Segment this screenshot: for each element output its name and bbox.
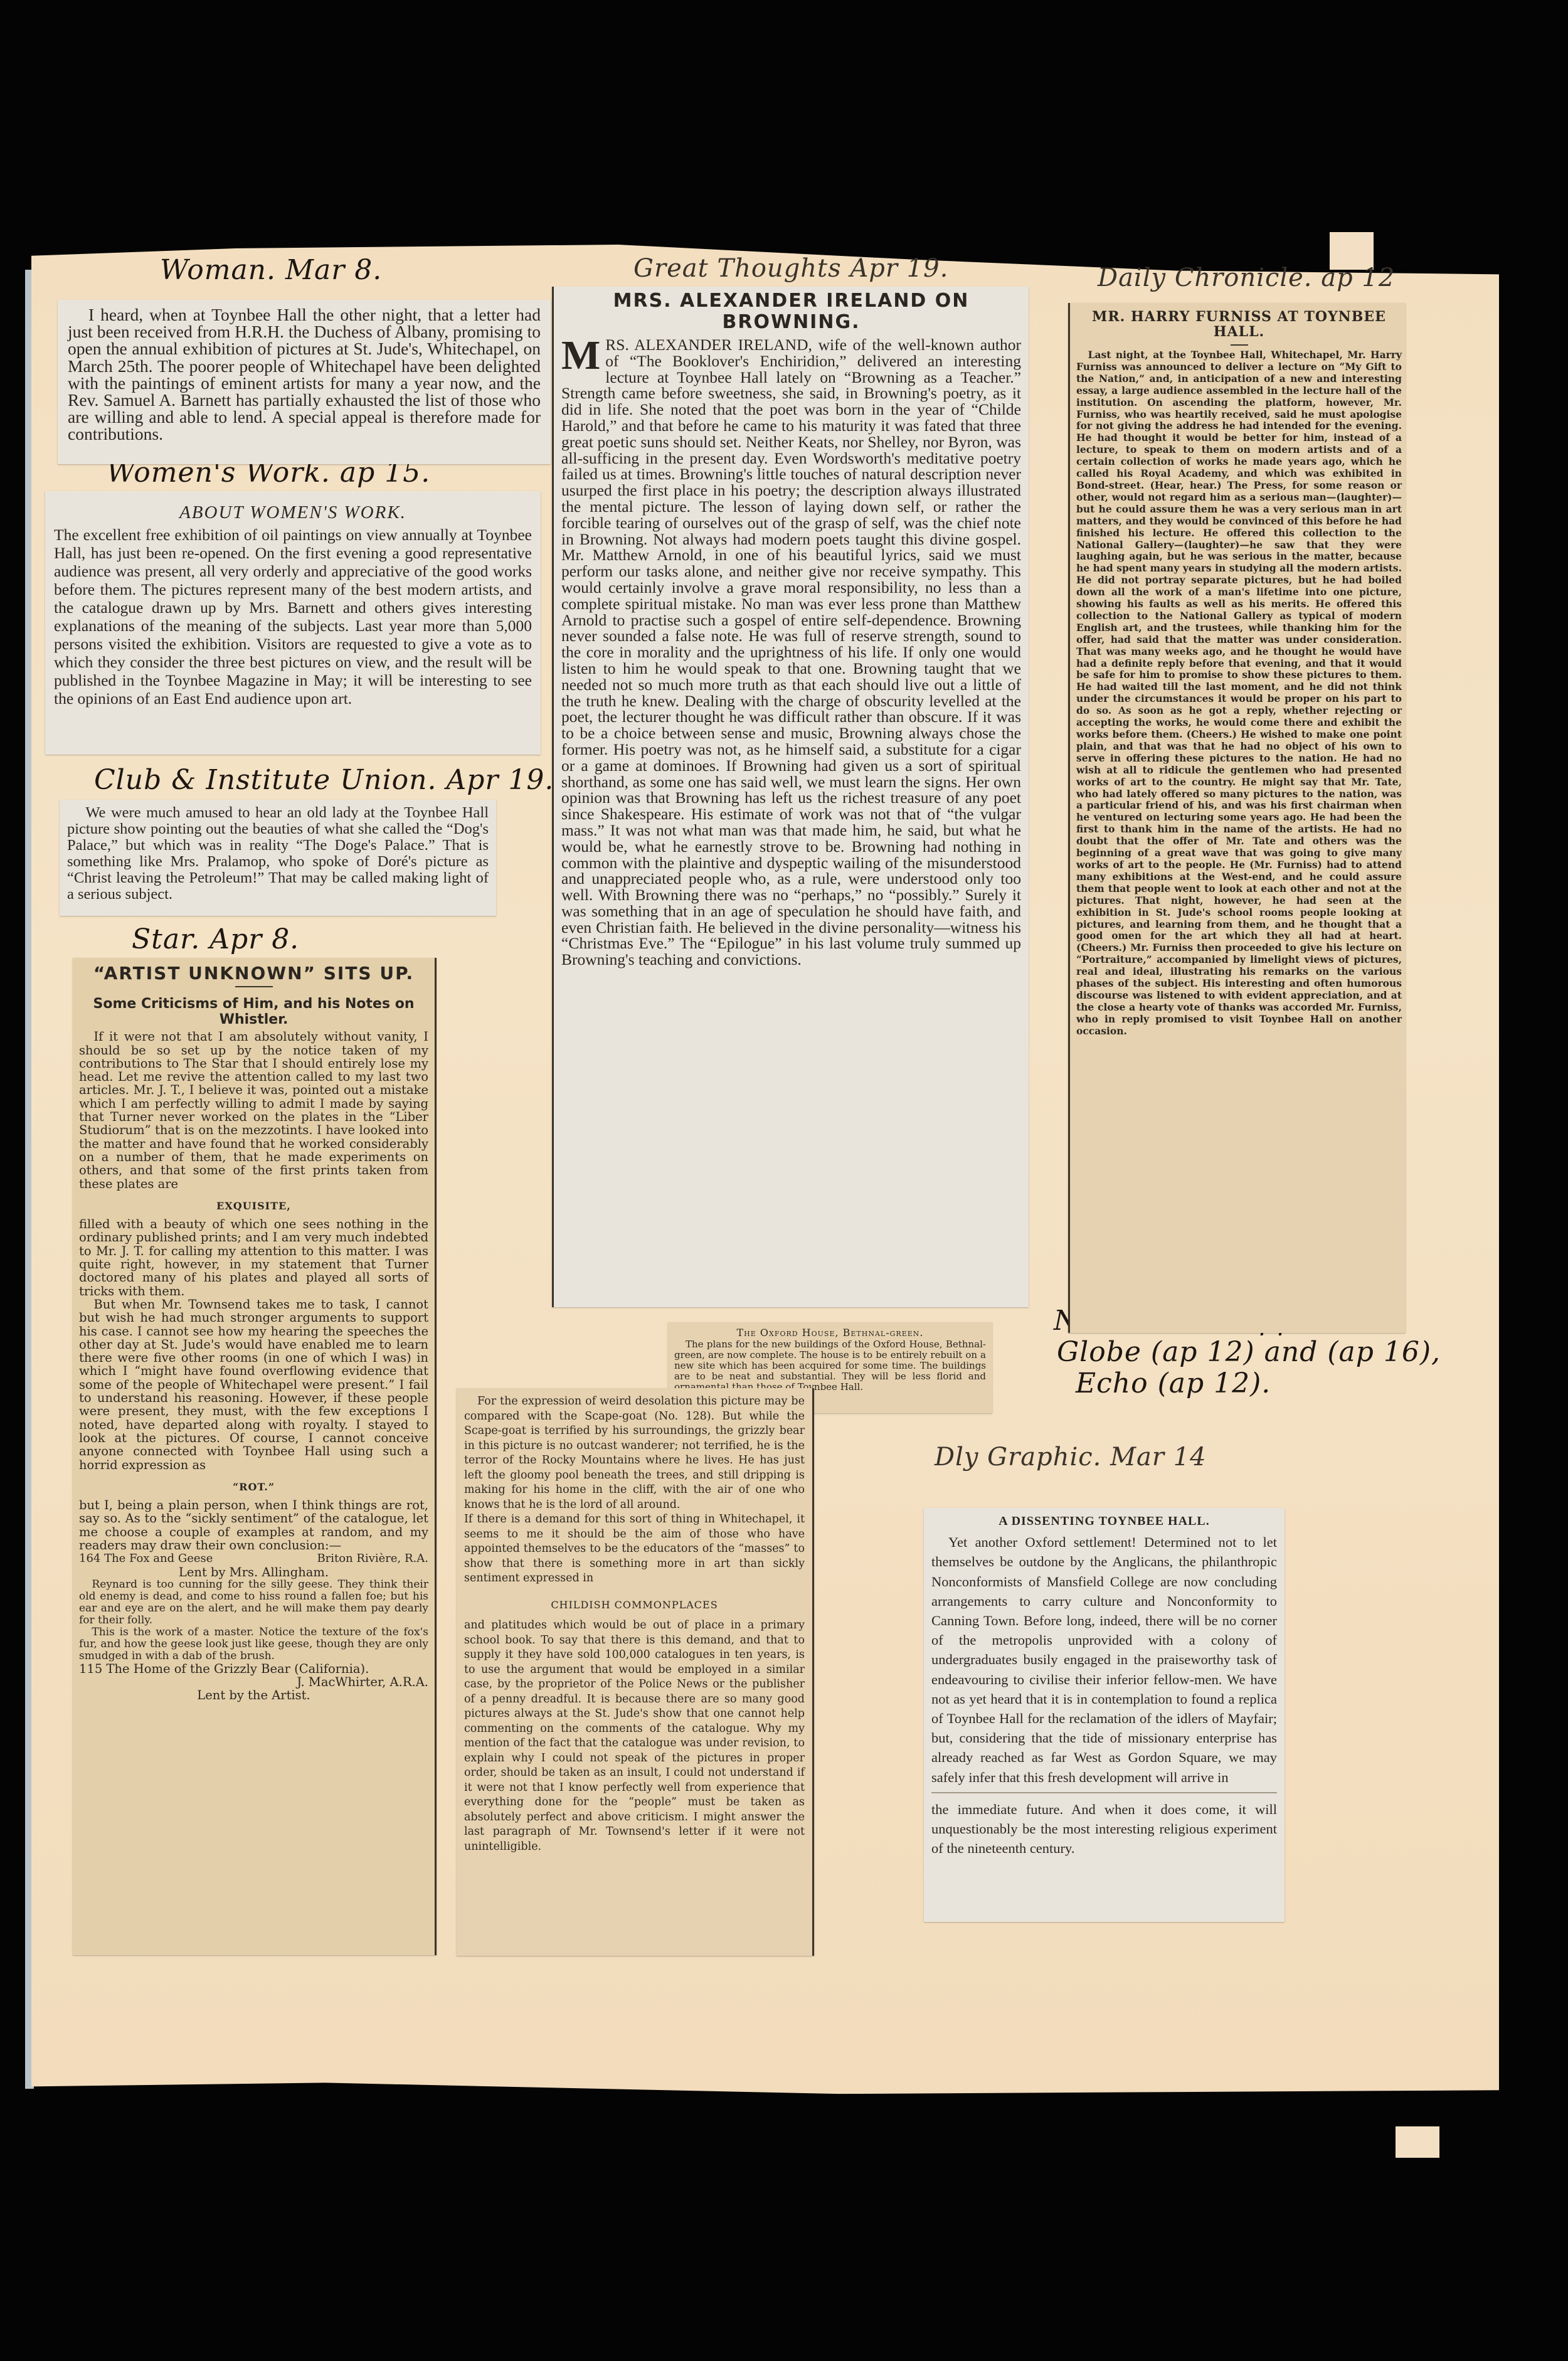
catalogue-entry: 164 The Fox and Geese Briton Rivière, R.… xyxy=(79,1552,428,1565)
paragraph: but I, being a plain person, when I thin… xyxy=(79,1499,428,1552)
clipping-body: We were much amused to hear an old lady … xyxy=(67,805,489,903)
subheading: “ROT.” xyxy=(79,1480,428,1494)
page-tab-bottom xyxy=(1396,2126,1439,2158)
catalogue-artist: Briton Rivière, R.A. xyxy=(317,1552,428,1565)
clipping-body: The excellent free exhibition of oil pai… xyxy=(54,526,532,708)
clipping-body: RS. ALEXANDER IRELAND, wife of the well-… xyxy=(561,337,1021,968)
annotation-great-thoughts: Great Thoughts Apr 19. xyxy=(633,254,948,283)
paragraph: This is the work of a master. Notice the… xyxy=(79,1626,428,1662)
clipping-title: MRS. ALEXANDER IRELAND ON BROWNING. xyxy=(561,290,1021,333)
clipping-star-continued: For the expression of weird desolation t… xyxy=(457,1388,814,1956)
clipping-body: Last night, at the Toynbee Hall, Whitech… xyxy=(1076,349,1402,1037)
catalogue-artist: J. MacWhirter, A.R.A. xyxy=(79,1675,428,1689)
catalogue-lent: Lent by Mrs. Allingham. xyxy=(79,1566,428,1579)
clipping-womens-work: ABOUT WOMEN'S WORK. The excellent free e… xyxy=(45,491,541,755)
clipping-title: A DISSENTING TOYNBEE HALL. xyxy=(931,1512,1277,1531)
clipping-club-institute-union: We were much amused to hear an old lady … xyxy=(60,800,496,916)
clipping-title: “ARTIST UNKNOWN” SITS UP. xyxy=(79,967,428,980)
clipping-title: MR. HARRY FURNISS AT TOYNBEE HALL. xyxy=(1076,309,1402,339)
paragraph: But when Mr. Townsend takes me to task, … xyxy=(79,1298,428,1472)
clipping-body: The plans for the new buildings of the O… xyxy=(674,1339,986,1393)
clipping-body: I heard, when at Toynbee Hall the other … xyxy=(68,306,541,443)
clipping-subtitle: Some Criticisms of Him, and his Notes on… xyxy=(79,996,428,1027)
paragraph: the immediate future. And when it does c… xyxy=(931,1800,1277,1859)
annotation-notices-line2: Globe (ap 12) and (ap 16), xyxy=(1057,1336,1441,1368)
divider xyxy=(235,986,273,987)
clipping-title: The Oxford House, Bethnal-green. xyxy=(674,1327,986,1338)
paragraph: For the expression of weird desolation t… xyxy=(464,1394,805,1512)
annotation-woman: Woman. Mar 8. xyxy=(160,254,382,286)
catalogue-description: Reynard is too cunning for the silly gee… xyxy=(79,1579,428,1626)
paragraph: and platitudes which would be out of pla… xyxy=(464,1618,805,1854)
paragraph: If it were not that I am absolutely with… xyxy=(79,1030,428,1191)
paragraph: filled with a beauty of which one sees n… xyxy=(79,1218,428,1298)
clipping-browning: MRS. ALEXANDER IRELAND ON BROWNING. M RS… xyxy=(552,287,1029,1307)
paragraph: If there is a demand for this sort of th… xyxy=(464,1512,805,1586)
annotation-club: Club & Institute Union. Apr 19. xyxy=(94,764,554,796)
catalogue-title: 164 The Fox and Geese xyxy=(79,1552,213,1565)
clipping-woman: I heard, when at Toynbee Hall the other … xyxy=(58,300,551,464)
catalogue-title: 115 The Home of the Grizzly Bear (Califo… xyxy=(79,1662,428,1675)
clipping-star-artist-unknown: “ARTIST UNKNOWN” SITS UP. Some Criticism… xyxy=(73,958,437,1955)
annotation-dly-graphic: Dly Graphic. Mar 14 xyxy=(935,1443,1207,1472)
clipping-seam xyxy=(931,1792,1277,1793)
drop-cap: M xyxy=(561,339,600,372)
subheading: CHILDISH COMMONPLACES xyxy=(464,1598,805,1613)
divider xyxy=(1231,344,1248,346)
clipping-harry-furniss: MR. HARRY FURNISS AT TOYNBEE HALL. Last … xyxy=(1068,303,1406,1333)
annotation-star: Star. Apr 8. xyxy=(132,923,299,955)
annotation-notices-line3: Echo (ap 12). xyxy=(1076,1367,1271,1399)
subheading: EXQUISITE, xyxy=(79,1199,428,1212)
paragraph: Yet another Oxford settlement! Determine… xyxy=(931,1532,1277,1787)
clipping-dissenting-toynbee-hall: A DISSENTING TOYNBEE HALL. Yet another O… xyxy=(924,1508,1285,1922)
catalogue-lent: Lent by the Artist. xyxy=(79,1689,428,1702)
annotation-daily-chronicle: Daily Chronicle. ap 12 xyxy=(1098,263,1395,292)
clipping-title: ABOUT WOMEN'S WORK. xyxy=(54,504,532,522)
